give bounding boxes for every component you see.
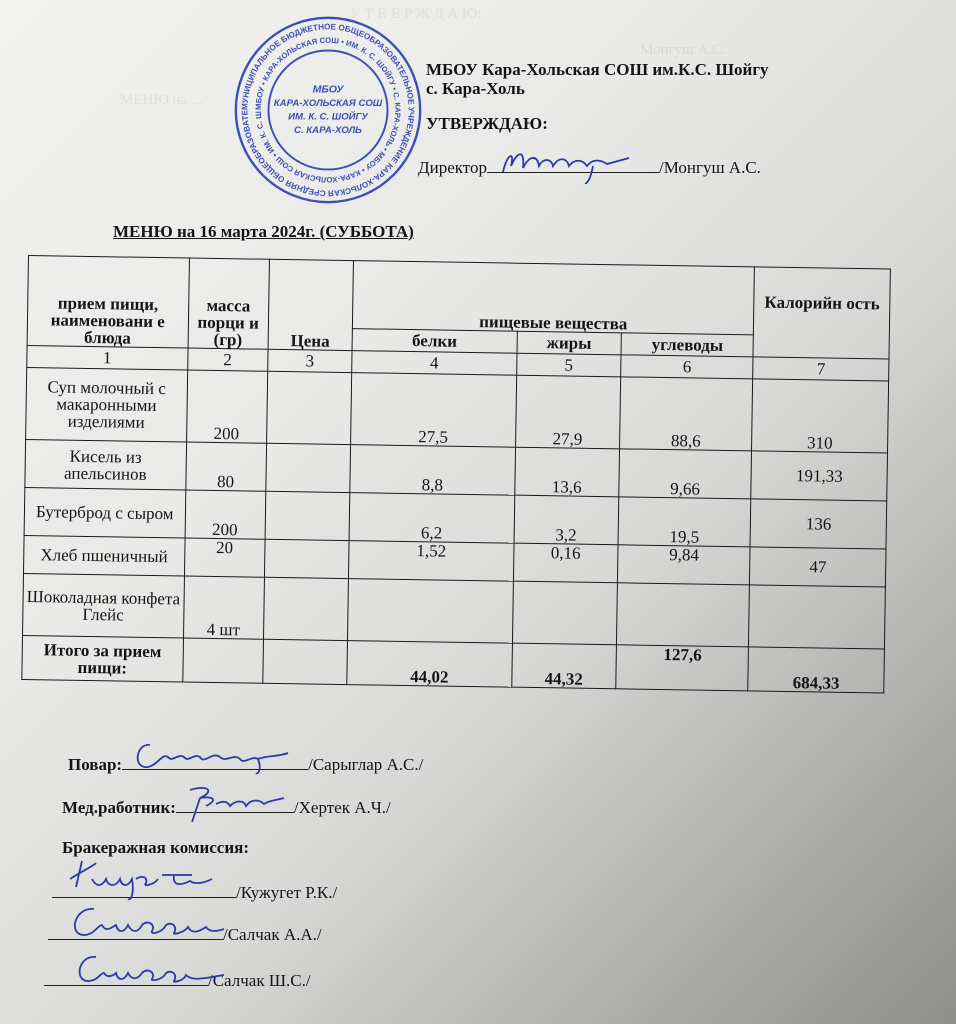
dish-price	[264, 539, 349, 578]
dish-mass: 80	[185, 442, 266, 491]
signature-icon	[62, 857, 232, 901]
header-carbs: углеводы	[621, 333, 754, 357]
column-number: 3	[268, 349, 353, 372]
dish-calories: 191,33	[751, 451, 887, 501]
menu-title: МЕНЮ на 16 марта 2024г. (СУББОТА)	[113, 222, 414, 242]
dish-name: Кисель из апельсинов	[25, 439, 186, 490]
commission-member-3: /Салчак Ш.С./	[44, 968, 311, 991]
header-mass: масса порци и (гр)	[188, 258, 270, 349]
dish-mass: 200	[185, 490, 266, 539]
commission-member-1: /Кужугет Р.К./	[52, 880, 337, 903]
dish-carbs: 9,66	[619, 449, 752, 499]
header-protein: белки	[352, 329, 517, 354]
school-name: МБОУ Кара-Хольская СОШ им.К.С. Шойгу	[426, 60, 769, 80]
commission-member-name: /Салчак А.А./	[223, 925, 322, 944]
director-name: /Монгуш А.С.	[659, 158, 761, 177]
cook-signature-block: Повар: /Сарыглар А.С./	[68, 752, 423, 775]
dish-mass: 200	[186, 370, 267, 443]
header-dish: прием пищи, наименовани е блюда	[27, 256, 189, 349]
table-row: Суп молочный с макаронными изделиями 200…	[26, 367, 889, 453]
cook-name: /Сарыглар А.С./	[308, 755, 423, 774]
column-number: 1	[27, 345, 188, 370]
total-calories: 684,33	[748, 647, 884, 693]
dish-protein: 1,52	[349, 541, 514, 582]
commission-signature-line	[44, 968, 208, 986]
total-carbs: 127,6	[616, 645, 749, 691]
dish-fat: 27,9	[515, 375, 620, 449]
total-fat: 44,32	[511, 643, 616, 689]
svg-text:ИМ. К. С. ШОЙГУ: ИМ. К. С. ШОЙГУ	[288, 111, 369, 123]
dish-price	[266, 371, 351, 444]
svg-text:МБОУ: МБОУ	[313, 84, 345, 96]
bleed-through-text: Монгуш А.С.	[640, 42, 726, 59]
medic-name: /Хертек А.Ч./	[294, 798, 391, 817]
cook-label: Повар:	[68, 755, 122, 774]
svg-text:С. КАРА-ХОЛЬ: С. КАРА-ХОЛЬ	[294, 125, 362, 136]
total-price	[263, 639, 348, 684]
column-number: 5	[516, 353, 621, 377]
header-calories: Калорийн ость	[753, 267, 890, 359]
dish-protein: 8,8	[350, 445, 515, 496]
medic-label: Мед.работник:	[62, 798, 176, 817]
commission-member-name: /Кужугет Р.К./	[236, 883, 337, 902]
commission-signature-line	[48, 922, 223, 940]
signature-icon	[497, 144, 637, 184]
dish-price	[263, 577, 348, 640]
dish-calories	[749, 585, 885, 649]
director-label: Директор	[418, 158, 487, 177]
dish-fat: 3,2	[514, 495, 619, 545]
column-number: 7	[753, 357, 889, 381]
dish-carbs	[616, 583, 749, 647]
dish-name: Суп молочный с макаронными изделиями	[26, 367, 188, 442]
director-signature-block: Директор /Монгуш А.С.	[418, 155, 761, 178]
dish-calories: 136	[750, 499, 886, 549]
header-fat: жиры	[517, 331, 622, 355]
column-number: 4	[352, 351, 517, 376]
dish-protein	[348, 579, 514, 644]
school-stamp-icon: МУНИЦИПАЛЬНОЕ БЮДЖЕТНОЕ ОБЩЕОБРАЗОВАТЕЛЬ…	[232, 14, 424, 206]
dish-price	[265, 491, 350, 540]
dish-name: Хлеб пшеничный	[23, 535, 184, 576]
medic-signature-block: Мед.работник: /Хертек А.Ч./	[62, 795, 391, 818]
cook-signature-line	[122, 752, 308, 770]
total-protein: 44,02	[347, 641, 512, 688]
dish-protein: 27,5	[351, 373, 517, 448]
approval-heading: УТВЕРЖДАЮ:	[426, 114, 548, 134]
dish-protein: 6,2	[349, 493, 514, 544]
commission-signature-line	[52, 880, 236, 898]
svg-text:КАРА-ХОЛЬСКАЯ СОШ: КАРА-ХОЛЬСКАЯ СОШ	[274, 98, 383, 109]
dish-carbs: 88,6	[620, 377, 754, 451]
dish-calories: 47	[750, 547, 886, 587]
bleed-through-text: МЕНЮ на ...	[120, 92, 202, 109]
signature-icon	[68, 953, 228, 987]
dish-carbs: 19,5	[618, 497, 751, 547]
medic-signature-line	[176, 795, 294, 813]
menu-table: прием пищи, наименовани е блюда масса по…	[21, 255, 891, 694]
total-label: Итого за прием пищи:	[22, 635, 183, 682]
dish-mass: 4 шт	[183, 576, 264, 639]
commission-member-2: /Салчак А.А./	[48, 922, 322, 945]
dish-name: Шоколадная конфета Глейс	[23, 573, 185, 638]
director-signature-line	[487, 155, 659, 173]
total-mass	[182, 638, 263, 683]
commission-heading: Бракеражная комиссия:	[62, 838, 249, 858]
dish-calories: 310	[752, 379, 889, 453]
dish-price	[266, 443, 351, 492]
header-nutrients: пищевые вещества	[352, 261, 754, 335]
signature-icon	[180, 782, 290, 822]
dish-mass: 20	[184, 538, 265, 577]
dish-carbs: 9,84	[617, 545, 750, 585]
dish-name: Бутерброд с сыром	[24, 487, 185, 538]
signature-icon	[64, 905, 234, 941]
dish-fat: 13,6	[514, 447, 619, 497]
dish-fat	[512, 581, 617, 645]
column-number: 2	[187, 348, 268, 371]
village-name: с. Кара-Холь	[426, 79, 525, 99]
dish-fat: 0,16	[513, 543, 618, 583]
signature-icon	[128, 739, 298, 775]
column-number: 6	[621, 355, 754, 379]
header-price: Цена	[268, 259, 354, 350]
